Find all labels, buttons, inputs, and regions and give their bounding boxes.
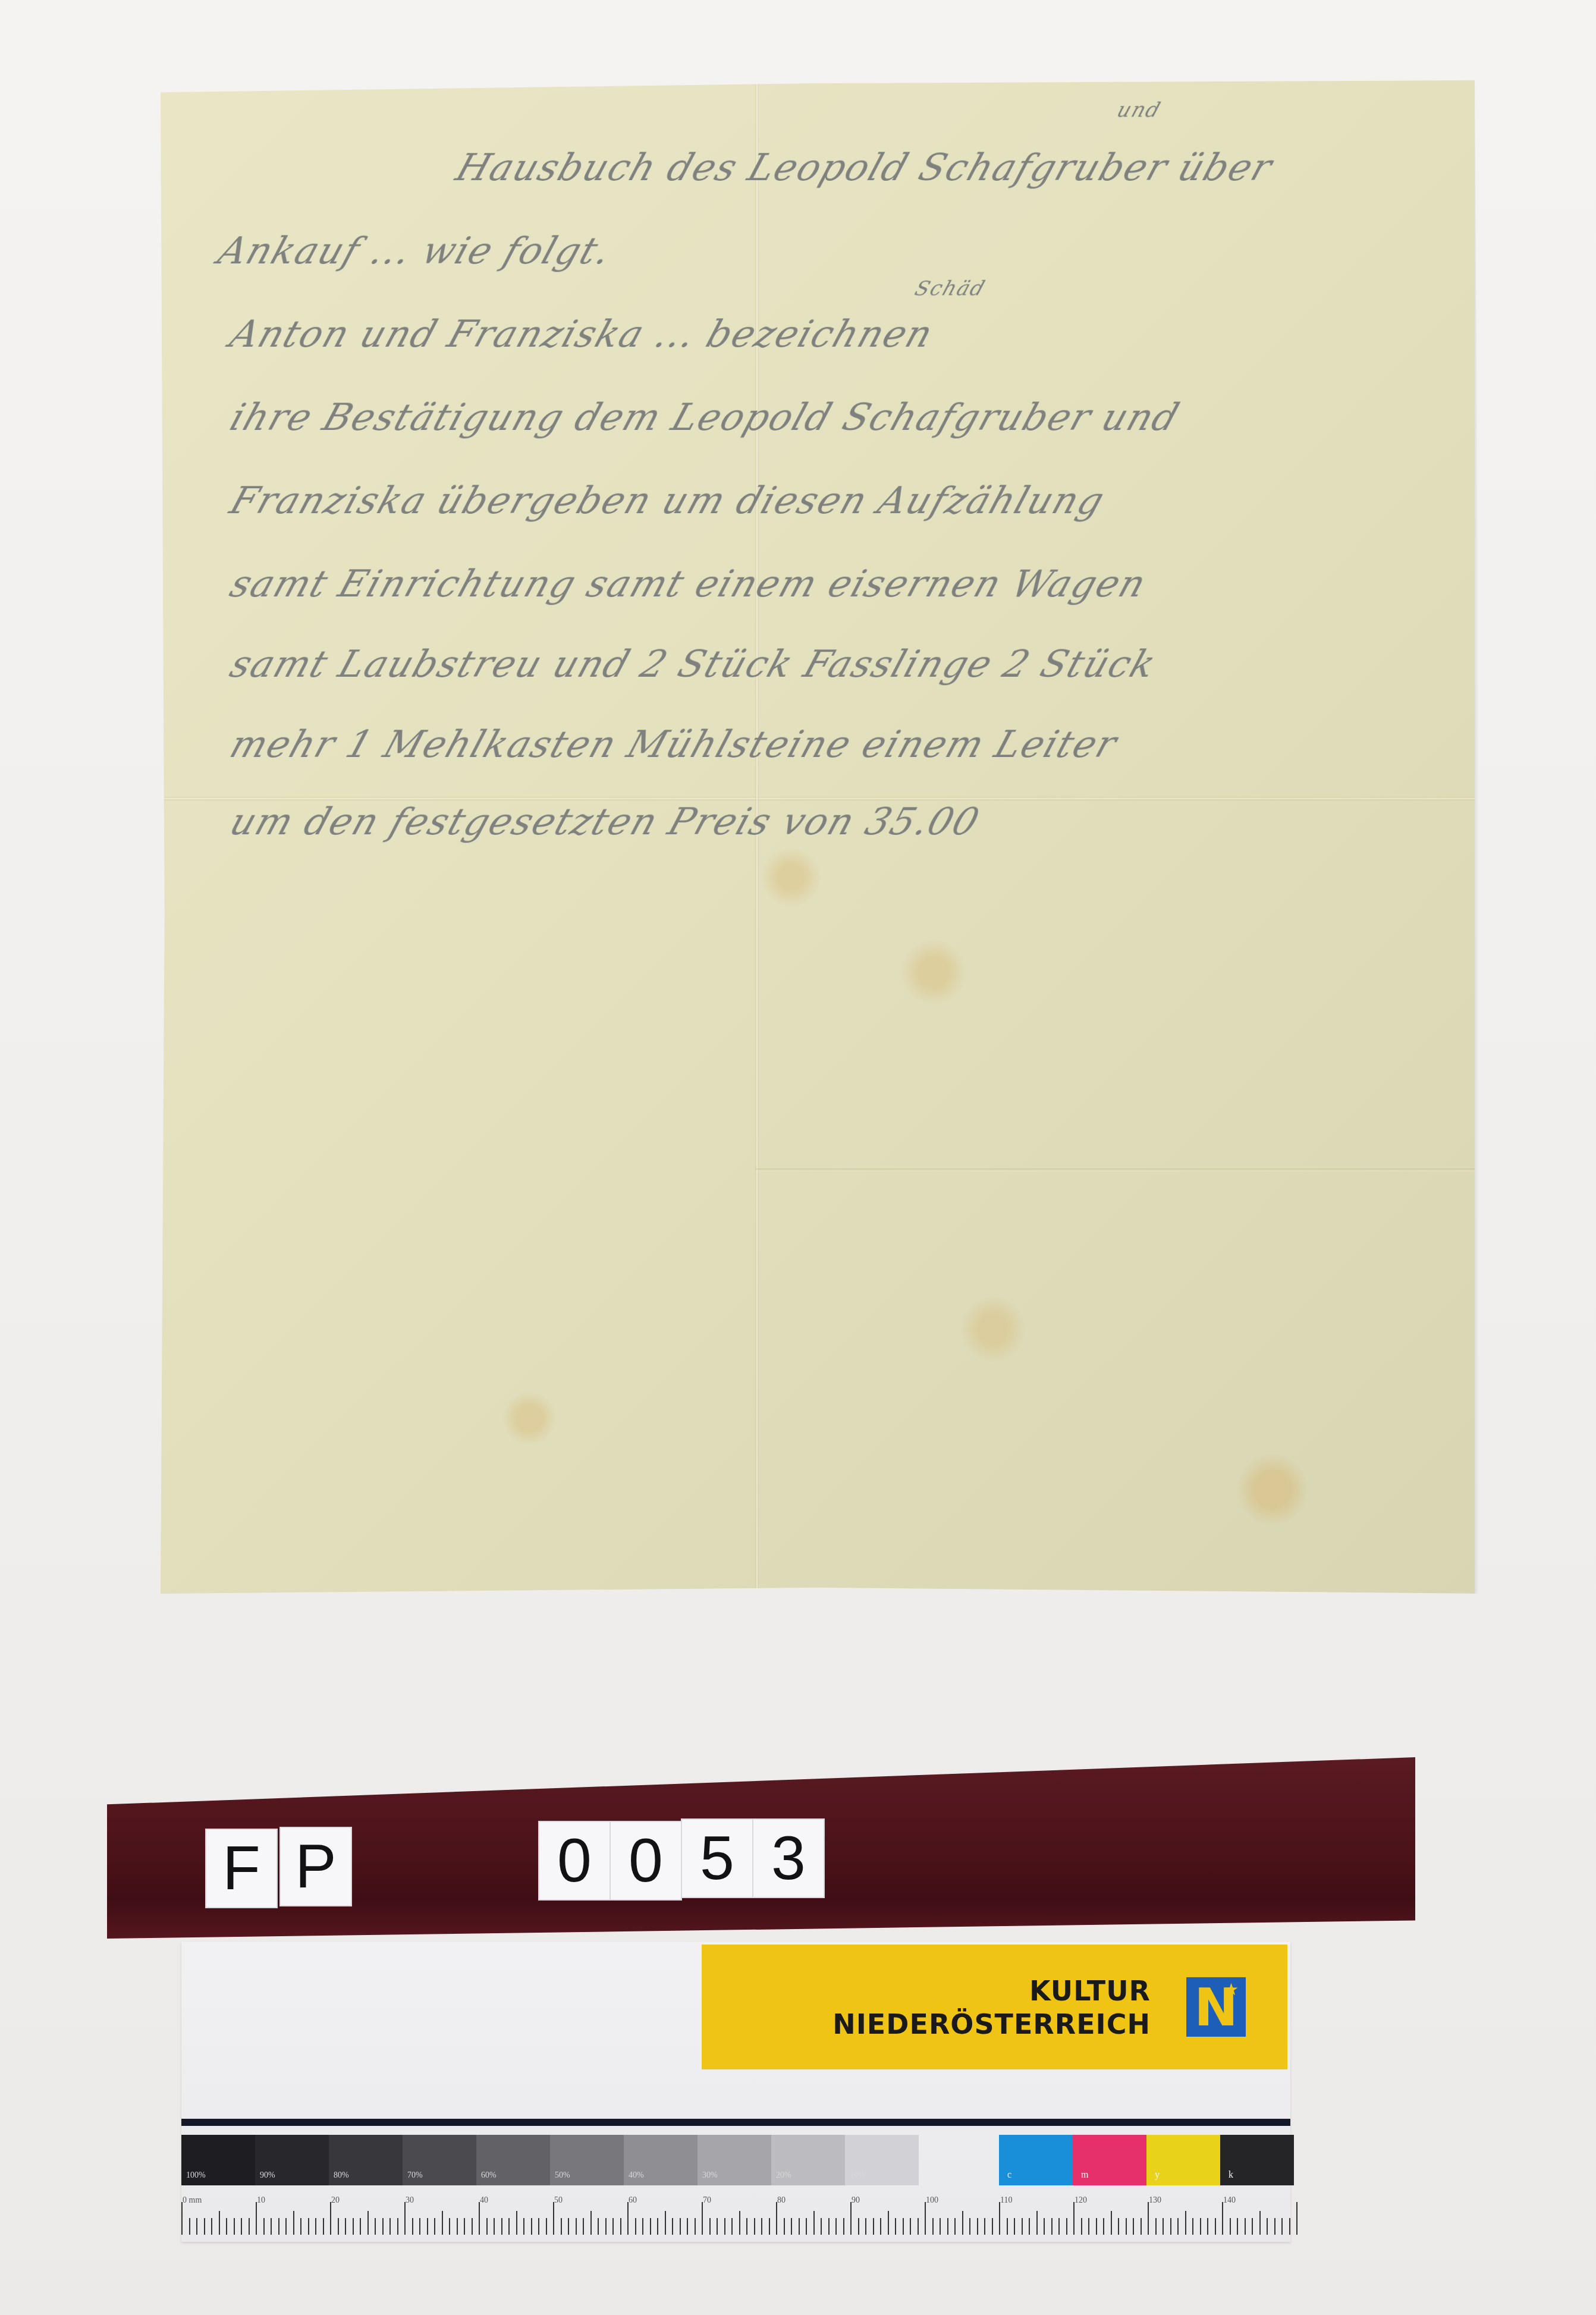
ruler-tick bbox=[650, 2218, 651, 2235]
ruler-tick bbox=[702, 2202, 703, 2235]
ruler-tick bbox=[345, 2218, 346, 2235]
ruler-label: 130 bbox=[1149, 2196, 1161, 2206]
ruler-tick bbox=[389, 2218, 391, 2235]
ruler-tick bbox=[486, 2218, 488, 2235]
ruler-tick bbox=[672, 2218, 673, 2235]
ruler-tick bbox=[880, 2218, 881, 2235]
ruler-tick bbox=[1126, 2218, 1127, 2235]
black-reference-strip bbox=[181, 2119, 1290, 2126]
ruler-tick bbox=[1185, 2211, 1186, 2235]
ruler-tick bbox=[479, 2202, 480, 2235]
ruler-tick bbox=[940, 2218, 941, 2235]
ruler-tick bbox=[687, 2218, 688, 2235]
ruler-tick bbox=[523, 2218, 524, 2235]
ruler-tick bbox=[449, 2218, 450, 2235]
gray-patch: 50% bbox=[550, 2135, 624, 2185]
ruler-label: 100 bbox=[926, 2196, 938, 2206]
ruler-tick bbox=[850, 2202, 852, 2235]
ruler-tick bbox=[717, 2218, 718, 2235]
ruler-tick bbox=[888, 2211, 889, 2235]
patch-label: 40% bbox=[629, 2171, 644, 2181]
ruler-tick bbox=[858, 2218, 859, 2235]
ruler-tick bbox=[1007, 2218, 1008, 2235]
cmyk-strip: c m y k bbox=[999, 2135, 1294, 2185]
ruler-label: 110 bbox=[1000, 2196, 1012, 2206]
ruler-tick bbox=[680, 2218, 681, 2235]
ruler-tick bbox=[1281, 2218, 1283, 2235]
ruler-tick bbox=[234, 2218, 235, 2235]
ruler-tick bbox=[464, 2218, 465, 2235]
gray-patch: 60% bbox=[476, 2135, 550, 2185]
ruler-tick bbox=[1163, 2218, 1164, 2235]
ruler-tick bbox=[799, 2218, 800, 2235]
patch-label: 100% bbox=[186, 2171, 206, 2181]
ruler-tick bbox=[1141, 2218, 1142, 2235]
ruler-tick bbox=[1044, 2218, 1045, 2235]
ruler-tick bbox=[598, 2218, 599, 2235]
ruler-tick bbox=[1296, 2202, 1297, 2235]
ruler-tick bbox=[353, 2218, 354, 2235]
ruler-tick bbox=[1036, 2211, 1038, 2235]
ruler-tick bbox=[1073, 2202, 1075, 2235]
ruler-tick bbox=[293, 2211, 294, 2235]
ruler-tick bbox=[1252, 2218, 1253, 2235]
brand-name: KULTUR NIEDERÖSTERREICH bbox=[832, 1974, 1151, 2041]
ruler-tick bbox=[821, 2218, 822, 2235]
ruler-tick bbox=[568, 2218, 569, 2235]
ruler-tick bbox=[635, 2218, 636, 2235]
ruler-tick bbox=[531, 2218, 532, 2235]
ruler-tick bbox=[612, 2218, 614, 2235]
document-paper: und Hausbuch des Leopold Schafgruber übe… bbox=[161, 80, 1475, 1594]
ruler-tick bbox=[1096, 2218, 1097, 2235]
mm-ruler: 0 mm102030405060708090100110120130140 bbox=[181, 2191, 1290, 2242]
ruler-tick bbox=[865, 2218, 866, 2235]
ruler-tick bbox=[1051, 2218, 1053, 2235]
ruler-tick bbox=[791, 2218, 792, 2235]
id-tile: P bbox=[279, 1827, 352, 1906]
ruler-tick bbox=[204, 2218, 205, 2235]
ruler-tick bbox=[181, 2202, 183, 2235]
ruler-tick bbox=[1274, 2218, 1275, 2235]
ruler-tick bbox=[278, 2218, 279, 2235]
ruler-tick bbox=[895, 2218, 896, 2235]
ruler-tick bbox=[576, 2218, 577, 2235]
ruler-tick bbox=[249, 2218, 250, 2235]
ruler-tick bbox=[360, 2218, 361, 2235]
ruler-tick bbox=[835, 2218, 837, 2235]
ruler-tick bbox=[642, 2218, 643, 2235]
id-tile: 0 bbox=[610, 1821, 682, 1901]
ruler-tick bbox=[746, 2218, 747, 2235]
hw-line-1: Hausbuch des Leopold Schafgruber über bbox=[451, 146, 1278, 189]
ruler-tick bbox=[1118, 2218, 1119, 2235]
ruler-tick bbox=[954, 2218, 956, 2235]
id-tile: F bbox=[205, 1829, 278, 1908]
ruler-tick bbox=[330, 2202, 331, 2235]
cyan-patch: c bbox=[999, 2135, 1073, 2185]
ruler-tick bbox=[516, 2211, 517, 2235]
ruler-tick bbox=[873, 2218, 874, 2235]
gray-patch: 20% bbox=[771, 2135, 845, 2185]
ruler-tick bbox=[1081, 2218, 1082, 2235]
ruler-tick bbox=[1066, 2218, 1067, 2235]
ruler-tick bbox=[620, 2218, 621, 2235]
brand-logo: N ★ bbox=[1186, 1977, 1246, 2037]
ruler-tick bbox=[590, 2211, 592, 2235]
ruler-tick bbox=[1245, 2218, 1246, 2235]
ruler-tick bbox=[731, 2218, 733, 2235]
ruler-tick bbox=[1267, 2218, 1268, 2235]
fold-line-lower bbox=[755, 1169, 1475, 1171]
gray-patch: 70% bbox=[403, 2135, 476, 2185]
gray-patch: 40% bbox=[624, 2135, 698, 2185]
ruler-label: 60 bbox=[629, 2196, 637, 2206]
ruler-tick bbox=[256, 2202, 257, 2235]
patch-label: 50% bbox=[555, 2171, 570, 2181]
patch-label: m bbox=[1081, 2170, 1088, 2181]
ruler-tick bbox=[977, 2218, 978, 2235]
gray-scale-strip: 100% 90% 80% 70% 60% 50% 40% 30% 20% 10% bbox=[181, 2135, 919, 2185]
hw-line-6: samt Einrichtung samt einem eisernen Wag… bbox=[225, 562, 1152, 605]
ruler-label: 70 bbox=[703, 2196, 711, 2206]
ruler-tick bbox=[583, 2218, 584, 2235]
patch-label: 70% bbox=[407, 2171, 423, 2181]
ruler-tick bbox=[1088, 2218, 1089, 2235]
patch-label: c bbox=[1007, 2170, 1011, 2181]
ruler-tick bbox=[605, 2218, 607, 2235]
ruler-tick bbox=[1148, 2202, 1149, 2235]
ruler-tick bbox=[925, 2202, 926, 2235]
ruler-label: 90 bbox=[852, 2196, 860, 2206]
ruler-tick bbox=[538, 2218, 539, 2235]
ruler-tick bbox=[219, 2211, 220, 2235]
ruler-tick bbox=[657, 2218, 658, 2235]
ruler-tick bbox=[1155, 2218, 1157, 2235]
ruler-tick bbox=[784, 2218, 785, 2235]
gray-patch: 80% bbox=[329, 2135, 403, 2185]
ruler-tick bbox=[1103, 2218, 1104, 2235]
ruler-tick bbox=[806, 2218, 807, 2235]
ruler-tick bbox=[412, 2218, 413, 2235]
ruler-tick bbox=[984, 2218, 985, 2235]
ruler-tick bbox=[189, 2218, 190, 2235]
ruler-tick bbox=[813, 2211, 815, 2235]
ruler-tick bbox=[561, 2218, 562, 2235]
ruler-tick bbox=[1207, 2218, 1208, 2235]
star-icon: ★ bbox=[1224, 1980, 1239, 1999]
ruler-tick bbox=[627, 2202, 629, 2235]
ruler-tick bbox=[932, 2218, 934, 2235]
hw-line-3: Anton und Franziska ... bezeichnen bbox=[225, 312, 939, 356]
ruler-label: 120 bbox=[1075, 2196, 1087, 2206]
ruler-label: 80 bbox=[777, 2196, 786, 2206]
patch-label: 10% bbox=[850, 2171, 865, 2181]
ruler-tick bbox=[404, 2202, 406, 2235]
ruler-tick bbox=[1177, 2218, 1179, 2235]
ruler-tick bbox=[226, 2218, 227, 2235]
ruler-tick bbox=[315, 2218, 316, 2235]
ruler-tick bbox=[1029, 2218, 1030, 2235]
ruler-tick bbox=[828, 2218, 830, 2235]
ruler-tick bbox=[665, 2211, 666, 2235]
ruler-tick bbox=[709, 2218, 711, 2235]
ruler-tick bbox=[843, 2218, 844, 2235]
ruler-tick bbox=[992, 2218, 993, 2235]
ruler-label: 0 mm bbox=[183, 2196, 202, 2206]
ruler-tick bbox=[739, 2211, 740, 2235]
ruler-tick bbox=[300, 2218, 301, 2235]
ruler-tick bbox=[999, 2202, 1000, 2235]
ruler-tick bbox=[1014, 2218, 1015, 2235]
hw-line-2: Ankauf ... wie folgt. bbox=[213, 229, 617, 272]
ruler-tick bbox=[442, 2211, 443, 2235]
ruler-tick bbox=[338, 2218, 339, 2235]
ruler-tick bbox=[553, 2202, 554, 2235]
ruler-tick bbox=[1058, 2218, 1060, 2235]
ruler-tick bbox=[1200, 2218, 1201, 2235]
patch-label: 30% bbox=[702, 2171, 718, 2181]
ruler-tick bbox=[434, 2218, 435, 2235]
ruler-label: 50 bbox=[554, 2196, 563, 2206]
ruler-tick bbox=[375, 2218, 376, 2235]
hw-line-8: mehr 1 Mehlkasten Mühlsteine einem Leite… bbox=[225, 723, 1123, 766]
ruler-tick bbox=[769, 2218, 770, 2235]
ruler-label: 140 bbox=[1223, 2196, 1236, 2206]
ruler-tick bbox=[397, 2218, 398, 2235]
ruler-tick bbox=[1237, 2218, 1238, 2235]
ruler-label: 10 bbox=[257, 2196, 265, 2206]
ruler-tick bbox=[472, 2218, 473, 2235]
brand-line-2: NIEDERÖSTERREICH bbox=[832, 2008, 1151, 2041]
ruler-tick bbox=[761, 2218, 762, 2235]
ruler-tick bbox=[776, 2202, 777, 2235]
ruler-tick bbox=[308, 2218, 309, 2235]
ruler-tick bbox=[724, 2218, 725, 2235]
ruler-tick bbox=[323, 2218, 324, 2235]
ruler-tick bbox=[1222, 2202, 1223, 2235]
hw-line-7: samt Laubstreu und 2 Stück Fasslinge 2 S… bbox=[225, 642, 1162, 686]
id-tile: 0 bbox=[538, 1821, 611, 1901]
ruler-tick bbox=[1289, 2218, 1290, 2235]
ruler-label: 20 bbox=[331, 2196, 340, 2206]
ruler-tick bbox=[1111, 2211, 1112, 2235]
ruler-tick bbox=[1022, 2218, 1023, 2235]
id-tile: 5 bbox=[681, 1818, 753, 1898]
brand-block: KULTUR NIEDERÖSTERREICH N ★ bbox=[702, 1945, 1287, 2069]
ruler-tick bbox=[211, 2218, 212, 2235]
patch-label: 90% bbox=[260, 2171, 275, 2181]
ruler-tick bbox=[918, 2218, 919, 2235]
gray-patch: 90% bbox=[255, 2135, 329, 2185]
ruler-tick bbox=[508, 2218, 510, 2235]
patch-label: y bbox=[1155, 2170, 1160, 2181]
magenta-patch: m bbox=[1073, 2135, 1146, 2185]
hw-line-4: ihre Bestätigung dem Leopold Schafgruber… bbox=[225, 395, 1185, 439]
ruler-tick bbox=[910, 2218, 911, 2235]
patch-label: 60% bbox=[481, 2171, 497, 2181]
ruler-tick bbox=[382, 2218, 384, 2235]
ruler-tick bbox=[969, 2218, 970, 2235]
ruler-tick bbox=[263, 2218, 265, 2235]
ruler-tick bbox=[241, 2218, 242, 2235]
gray-patch: 100% bbox=[181, 2135, 255, 2185]
ruler-tick bbox=[427, 2218, 428, 2235]
ruler-tick bbox=[457, 2218, 458, 2235]
ruler-tick bbox=[962, 2211, 963, 2235]
patch-label: 80% bbox=[334, 2171, 349, 2181]
ruler-tick bbox=[754, 2218, 755, 2235]
ruler-tick bbox=[1170, 2218, 1171, 2235]
black-patch: k bbox=[1220, 2135, 1294, 2185]
ruler-tick bbox=[1133, 2218, 1134, 2235]
color-reference-card: KULTUR NIEDERÖSTERREICH N ★ 100% 90% 80%… bbox=[181, 1942, 1290, 2242]
ruler-tick bbox=[947, 2218, 948, 2235]
ruler-tick bbox=[419, 2218, 420, 2235]
insert-word: Schäd bbox=[912, 277, 989, 300]
brand-line-1: KULTUR bbox=[832, 1974, 1151, 2008]
ruler-label: 30 bbox=[406, 2196, 414, 2206]
patch-label: 20% bbox=[776, 2171, 791, 2181]
yellow-patch: y bbox=[1146, 2135, 1220, 2185]
ruler-tick bbox=[1259, 2211, 1261, 2235]
ruler-tick bbox=[501, 2218, 502, 2235]
ruler-tick bbox=[285, 2218, 287, 2235]
id-tile: 3 bbox=[752, 1818, 825, 1898]
ruler-tick bbox=[367, 2211, 369, 2235]
hw-line-9: um den festgesetzten Preis von 35.00 bbox=[225, 800, 985, 843]
insert-word: und bbox=[1114, 98, 1165, 122]
hw-line-5: Franziska übergeben um diesen Aufzählung bbox=[225, 479, 1111, 522]
ruler-tick bbox=[494, 2218, 495, 2235]
ruler-tick bbox=[1192, 2218, 1193, 2235]
ruler-tick bbox=[196, 2218, 197, 2235]
ruler-tick bbox=[271, 2218, 272, 2235]
gray-patch: 30% bbox=[698, 2135, 771, 2185]
ruler-tick bbox=[1230, 2218, 1231, 2235]
ruler-label: 40 bbox=[480, 2196, 488, 2206]
ruler-tick bbox=[903, 2218, 904, 2235]
gray-patch: 10% bbox=[845, 2135, 919, 2185]
ruler-tick bbox=[546, 2218, 547, 2235]
ruler-tick bbox=[695, 2218, 696, 2235]
patch-label: k bbox=[1229, 2170, 1233, 2181]
ruler-tick bbox=[1215, 2218, 1216, 2235]
